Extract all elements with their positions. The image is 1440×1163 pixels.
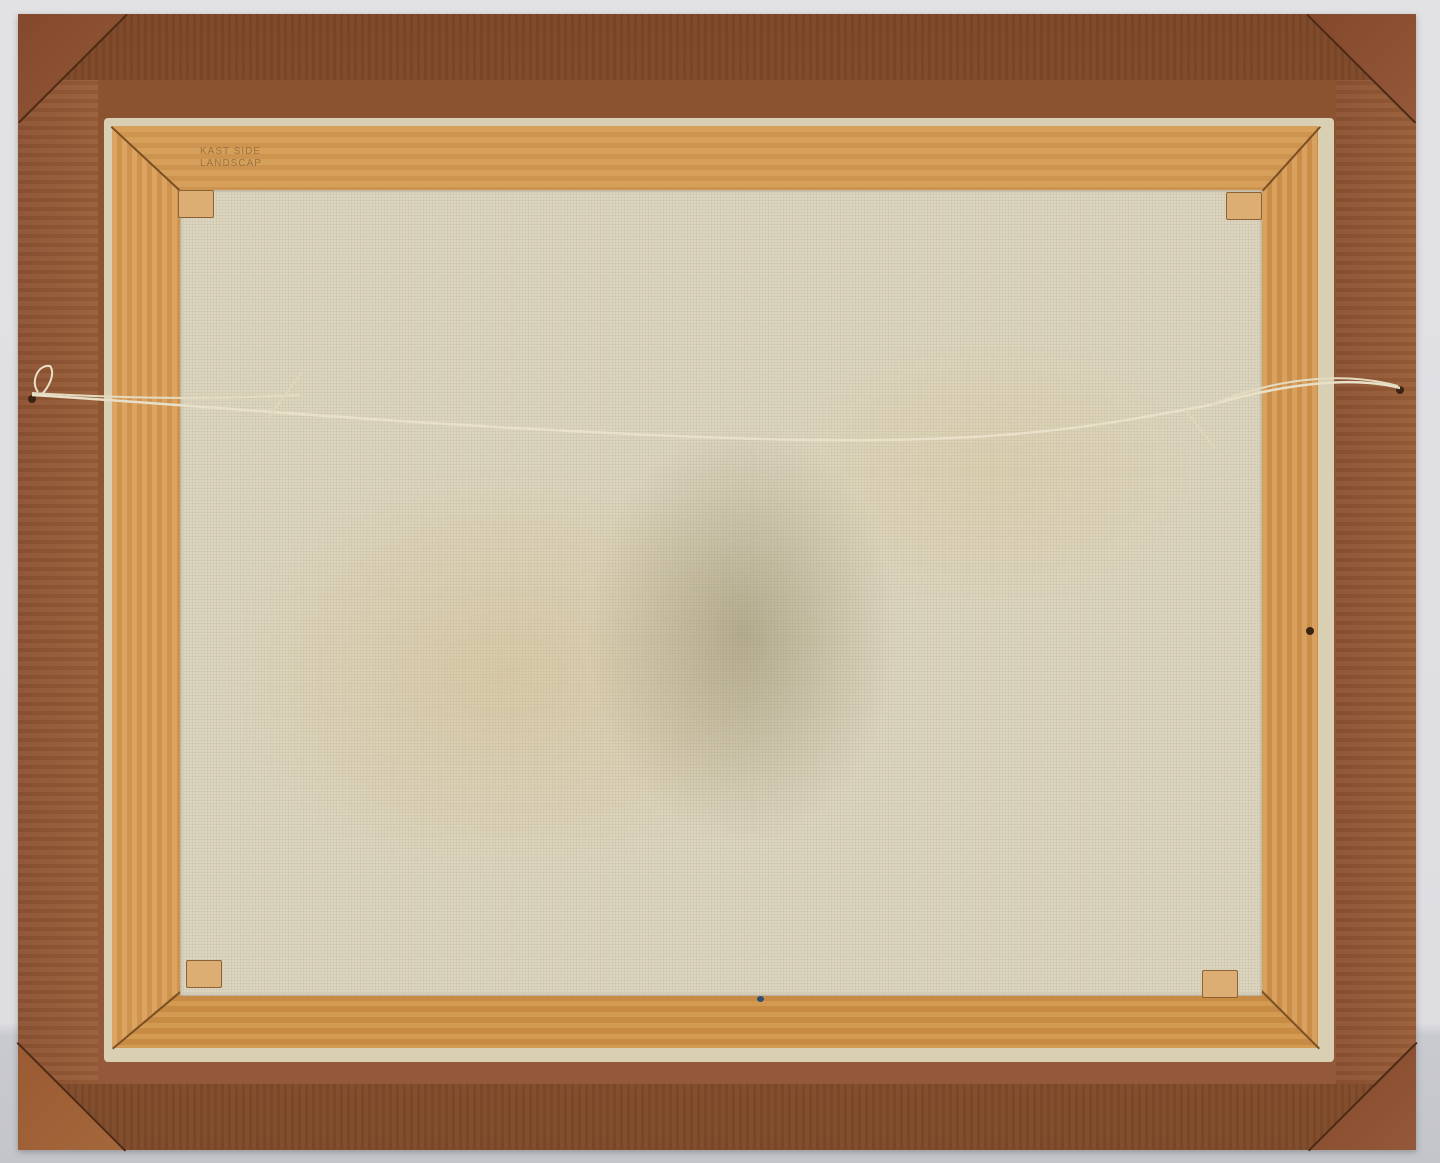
- stretcher-key-bottom-left: [186, 960, 222, 988]
- inscription-line-1: KAST SIDE: [200, 146, 261, 157]
- stretcher-top-bar: [112, 126, 1318, 190]
- stretcher-key-bottom-right: [1202, 970, 1238, 998]
- photo-scene: KAST SIDE LANDSCAP: [0, 0, 1440, 1163]
- paint-spot: [757, 996, 764, 1002]
- pencil-inscription: KAST SIDE LANDSCAP: [200, 146, 262, 170]
- stretcher-left-bar: [112, 126, 180, 1048]
- nail-head: [1306, 627, 1314, 635]
- stretcher-key-top-left: [178, 190, 214, 218]
- inscription-line-2: LANDSCAP: [200, 158, 262, 169]
- cord-screw-left: [28, 395, 36, 403]
- canvas-back: [180, 190, 1262, 996]
- stretcher-right-bar: [1262, 126, 1318, 1048]
- cord-screw-right: [1396, 386, 1404, 394]
- stretcher-key-top-right: [1226, 192, 1262, 220]
- frame-left-rail: [18, 80, 98, 1084]
- stretcher-bottom-bar: [112, 990, 1318, 1048]
- frame-right-rail: [1336, 80, 1416, 1084]
